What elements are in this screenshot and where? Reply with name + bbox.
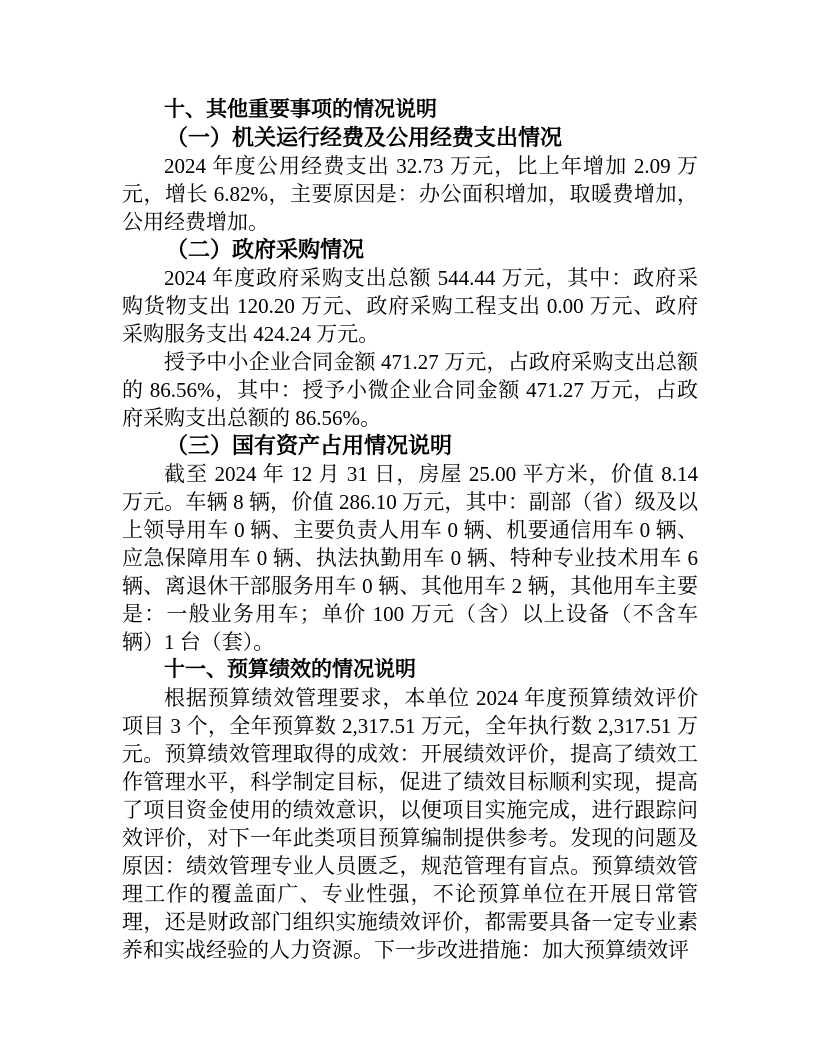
body-paragraph: 授予中小企业合同金额 471.27 万元，占政府采购支出总额的 86.56%，其… <box>122 348 698 432</box>
body-paragraph: 2024 年度政府采购支出总额 544.44 万元，其中：政府采购货物支出 12… <box>122 264 698 348</box>
subsection-heading: （一）机关运行经费及公用经费支出情况 <box>122 124 698 152</box>
section-heading: 十、其他重要事项的情况说明 <box>122 96 698 124</box>
section-heading: 十一、预算绩效的情况说明 <box>122 656 698 684</box>
subsection-heading: （二）政府采购情况 <box>122 236 698 264</box>
subsection-heading: （三）国有资产占用情况说明 <box>122 432 698 460</box>
body-paragraph: 根据预算绩效管理要求，本单位 2024 年度预算绩效评价项目 3 个，全年预算数… <box>122 684 698 964</box>
body-paragraph: 2024 年度公用经费支出 32.73 万元，比上年增加 2.09 万元，增长 … <box>122 152 698 236</box>
document-content: 十、其他重要事项的情况说明（一）机关运行经费及公用经费支出情况2024 年度公用… <box>122 96 698 964</box>
document-page: 十、其他重要事项的情况说明（一）机关运行经费及公用经费支出情况2024 年度公用… <box>0 0 816 1056</box>
body-paragraph: 截至 2024 年 12 月 31 日，房屋 25.00 平方米，价值 8.14… <box>122 460 698 656</box>
